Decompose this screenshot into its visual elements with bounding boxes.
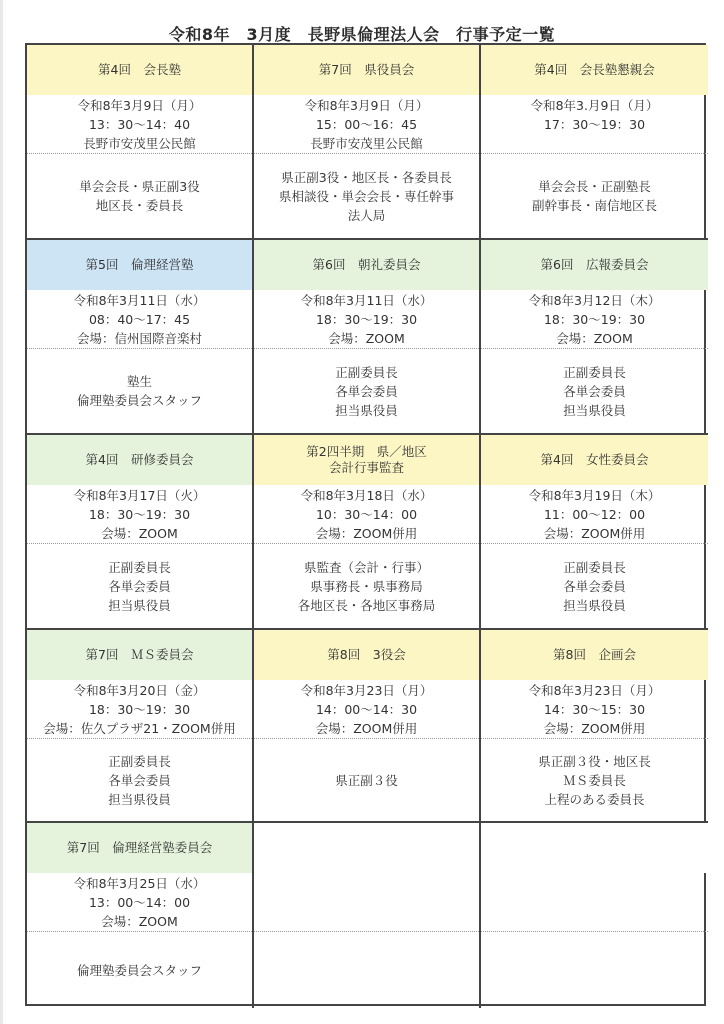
- event-cell: 第4回 女性委員会令和8年3月19日（木）11：00〜12：00会場：ZOOM併…: [481, 435, 708, 630]
- event-time: 18：30〜19：30: [89, 700, 190, 719]
- event-time: 14：00〜14：30: [316, 700, 417, 719]
- event-time: 08：40〜17：45: [89, 310, 190, 329]
- event-venue: 会場：ZOOM: [556, 329, 633, 348]
- event-title-line2: 会計行事監査: [306, 460, 426, 476]
- event-date: 令和8年3月17日（火）: [74, 486, 206, 505]
- attendee-line: 正副委員長: [335, 363, 398, 382]
- event-date: 令和8年3月23日（月）: [529, 681, 661, 700]
- event-venue: 会場：ZOOM: [101, 524, 178, 543]
- event-info: 令和8年3月20日（金）18：30〜19：30会場：佐久プラザ21・ZOOM併用: [27, 680, 252, 739]
- event-header: 第7回 ＭＳ委員会: [27, 630, 252, 680]
- event-attendees: [481, 932, 708, 1008]
- attendee-line: 単会会長・正副塾長: [538, 177, 651, 196]
- event-attendees: 塾生倫理塾委員会スタッフ: [27, 349, 252, 433]
- event-attendees: 県正副３役・地区長ＭＳ委員長上程のある委員長: [481, 739, 708, 821]
- event-title: 第4回 女性委員会: [541, 452, 649, 468]
- attendee-line: 担当県役員: [108, 790, 171, 809]
- event-title: 第5回 倫理経営塾: [86, 257, 194, 273]
- event-info: 令和8年3月19日（木）11：00〜12：00会場：ZOOM併用: [481, 485, 708, 544]
- event-header: 第4回 女性委員会: [481, 435, 708, 485]
- event-date: 令和8年3月9日（月）: [78, 96, 202, 115]
- event-cell: 第5回 倫理経営塾令和8年3月11日（水）08：40〜17：45会場：信州国際音…: [27, 240, 254, 435]
- event-info: 令和8年3月9日（月）15：00〜16：45長野市安茂里公民館: [254, 95, 479, 154]
- event-info: 令和8年3月12日（木）18：30〜19：30会場：ZOOM: [481, 290, 708, 349]
- event-time: 18：30〜19：30: [89, 505, 190, 524]
- event-attendees: 正副委員長各単会委員担当県役員: [481, 349, 708, 433]
- event-time: 15：00〜16：45: [316, 115, 417, 134]
- event-header: 第4回 研修委員会: [27, 435, 252, 485]
- attendee-line: 担当県役員: [108, 596, 171, 615]
- document-title: 令和8年 3月度 長野県倫理法人会 行事予定一覧: [0, 22, 724, 45]
- event-title: 第7回 倫理経営塾委員会: [67, 840, 212, 856]
- event-date: 令和8年3月19日（木）: [529, 486, 661, 505]
- event-info: 令和8年3月9日（月）13：30〜14：40長野市安茂里公民館: [27, 95, 252, 154]
- event-header: 第8回 3役会: [254, 630, 479, 680]
- event-header: 第7回 県役員会: [254, 45, 479, 95]
- attendee-line: 地区長・委員長: [96, 196, 184, 215]
- attendee-line: 各単会委員: [108, 577, 171, 596]
- event-title: 第7回 ＭＳ委員会: [86, 647, 194, 663]
- event-title: 第7回 県役員会: [319, 62, 414, 78]
- event-info: 令和8年3月25日（水）13：00〜14：00会場：ZOOM: [27, 873, 252, 932]
- attendee-line: 正副委員長: [563, 363, 626, 382]
- event-attendees: 単会会長・県正副3役地区長・委員長: [27, 154, 252, 238]
- event-cell: 第8回 企画会令和8年3月23日（月）14：30〜15：30会場：ZOOM併用県…: [481, 630, 708, 823]
- event-date: 令和8年3月12日（木）: [529, 291, 661, 310]
- event-attendees: 正副委員長各単会委員担当県役員: [481, 544, 708, 628]
- event-header: [481, 823, 708, 873]
- attendee-line: 正副委員長: [108, 558, 171, 577]
- event-title: 第4回 会長塾: [98, 62, 181, 78]
- event-title: 第2四半期 県／地区: [306, 444, 426, 460]
- event-title: 第8回 3役会: [327, 647, 405, 663]
- attendee-line: 倫理塾委員会スタッフ: [77, 391, 202, 410]
- event-header: 第8回 企画会: [481, 630, 708, 680]
- event-info: 令和8年3月17日（火）18：30〜19：30会場：ZOOM: [27, 485, 252, 544]
- event-attendees: 正副委員長各単会委員担当県役員: [27, 739, 252, 821]
- event-info: 令和8年3月18日（水）10：30〜14：00会場：ZOOM併用: [254, 485, 479, 544]
- attendee-line: 各地区長・各地区事務局: [298, 596, 436, 615]
- event-time: 10：30〜14：00: [316, 505, 417, 524]
- attendee-line: 県相談役・単会会長・専任幹事: [279, 187, 454, 206]
- attendee-line: 担当県役員: [563, 401, 626, 420]
- event-date: 令和8年3月20日（金）: [74, 681, 206, 700]
- event-venue: 会場：信州国際音楽村: [77, 329, 202, 348]
- page-edge: [0, 0, 3, 1024]
- attendee-line: 県監査（会計・行事）: [304, 558, 429, 577]
- event-date: 令和8年3月18日（水）: [301, 486, 433, 505]
- attendee-line: 正副委員長: [563, 558, 626, 577]
- event-title: 第6回 広報委員会: [541, 257, 649, 273]
- event-cell: 第4回 会長塾令和8年3月9日（月）13：30〜14：40長野市安茂里公民館単会…: [27, 45, 254, 240]
- attendee-line: 上程のある委員長: [544, 790, 644, 809]
- attendee-line: 県事務長・県事務局: [310, 577, 423, 596]
- event-venue: 会場：ZOOM併用: [316, 524, 418, 543]
- event-info: 令和8年3.月9日（月）17：30〜19：30: [481, 95, 708, 154]
- empty-cell: [254, 823, 481, 1008]
- event-cell: 第4回 会長塾懇親会令和8年3.月9日（月）17：30〜19：30単会会長・正副…: [481, 45, 708, 240]
- event-header: 第6回 広報委員会: [481, 240, 708, 290]
- attendee-line: 県正副３役: [335, 771, 398, 790]
- event-time: 17：30〜19：30: [544, 115, 645, 134]
- event-attendees: 正副委員長各単会委員担当県役員: [254, 349, 479, 433]
- attendee-line: 副幹事長・南信地区長: [532, 196, 657, 215]
- attendee-line: 各単会委員: [335, 382, 398, 401]
- event-attendees: 県正副3役・地区長・各委員長県相談役・単会会長・専任幹事法人局: [254, 154, 479, 238]
- event-cell: 第7回 県役員会令和8年3月9日（月）15：00〜16：45長野市安茂里公民館県…: [254, 45, 481, 240]
- event-venue: 会場：佐久プラザ21・ZOOM併用: [43, 719, 235, 738]
- attendee-line: 担当県役員: [335, 401, 398, 420]
- attendee-line: 県正副３役・地区長: [538, 752, 651, 771]
- event-time: 13：00〜14：00: [89, 893, 190, 912]
- event-header: 第7回 倫理経営塾委員会: [27, 823, 252, 873]
- event-cell: 第6回 広報委員会令和8年3月12日（木）18：30〜19：30会場：ZOOM正…: [481, 240, 708, 435]
- attendee-line: 各単会委員: [563, 382, 626, 401]
- event-header: 第2四半期 県／地区会計行事監査: [254, 435, 479, 485]
- event-date: 令和8年3月9日（月）: [305, 96, 429, 115]
- event-header: 第5回 倫理経営塾: [27, 240, 252, 290]
- event-info: 令和8年3月11日（水）18：30〜19：30会場：ZOOM: [254, 290, 479, 349]
- event-venue: 会場：ZOOM: [101, 912, 178, 931]
- attendee-line: 倫理塾委員会スタッフ: [77, 961, 202, 980]
- attendee-line: 各単会委員: [108, 771, 171, 790]
- attendee-line: 塾生: [127, 372, 152, 391]
- attendee-line: 各単会委員: [563, 577, 626, 596]
- attendee-line: ＭＳ委員長: [563, 771, 626, 790]
- event-date: 令和8年3月25日（水）: [74, 874, 206, 893]
- event-cell: 第6回 朝礼委員会令和8年3月11日（水）18：30〜19：30会場：ZOOM正…: [254, 240, 481, 435]
- event-date: 令和8年3月11日（水）: [74, 291, 206, 310]
- event-title: 第4回 会長塾懇親会: [534, 62, 654, 78]
- event-cell: 第7回 ＭＳ委員会令和8年3月20日（金）18：30〜19：30会場：佐久プラザ…: [27, 630, 254, 823]
- event-time: 11：00〜12：00: [544, 505, 645, 524]
- attendee-line: 正副委員長: [108, 752, 171, 771]
- event-date: 令和8年3月23日（月）: [301, 681, 433, 700]
- event-info: [481, 873, 708, 932]
- event-venue: 会場：ZOOM併用: [544, 524, 646, 543]
- event-date: 令和8年3月11日（水）: [301, 291, 433, 310]
- attendee-line: 単会会長・県正副3役: [79, 177, 199, 196]
- event-info: [254, 873, 479, 932]
- event-info: 令和8年3月11日（水）08：40〜17：45会場：信州国際音楽村: [27, 290, 252, 349]
- event-cell: 第2四半期 県／地区会計行事監査令和8年3月18日（水）10：30〜14：00会…: [254, 435, 481, 630]
- event-header: 第6回 朝礼委員会: [254, 240, 479, 290]
- event-attendees: 倫理塾委員会スタッフ: [27, 932, 252, 1008]
- event-time: 13：30〜14：40: [89, 115, 190, 134]
- event-venue: 長野市安茂里公民館: [310, 134, 423, 153]
- event-attendees: 県正副３役: [254, 739, 479, 821]
- event-time: 14：30〜15：30: [544, 700, 645, 719]
- event-venue: 会場：ZOOM: [328, 329, 405, 348]
- event-date: 令和8年3.月9日（月）: [531, 96, 659, 115]
- event-venue: 会場：ZOOM併用: [316, 719, 418, 738]
- event-time: 18：30〜19：30: [544, 310, 645, 329]
- empty-cell: [481, 823, 708, 1008]
- event-attendees: [254, 932, 479, 1008]
- event-header: [254, 823, 479, 873]
- event-cell: 第4回 研修委員会令和8年3月17日（火）18：30〜19：30会場：ZOOM正…: [27, 435, 254, 630]
- event-venue: 長野市安茂里公民館: [83, 134, 196, 153]
- attendee-line: 県正副3役・地区長・各委員長: [281, 168, 451, 187]
- event-header: 第4回 会長塾懇親会: [481, 45, 708, 95]
- event-time: 18：30〜19：30: [316, 310, 417, 329]
- event-info: 令和8年3月23日（月）14：00〜14：30会場：ZOOM併用: [254, 680, 479, 739]
- event-info: 令和8年3月23日（月）14：30〜15：30会場：ZOOM併用: [481, 680, 708, 739]
- event-venue: 会場：ZOOM併用: [544, 719, 646, 738]
- event-title: 第8回 企画会: [553, 647, 636, 663]
- event-cell: 第7回 倫理経営塾委員会令和8年3月25日（水）13：00〜14：00会場：ZO…: [27, 823, 254, 1008]
- event-title: 第6回 朝礼委員会: [313, 257, 421, 273]
- event-title: 第4回 研修委員会: [86, 452, 194, 468]
- event-header: 第4回 会長塾: [27, 45, 252, 95]
- attendee-line: 担当県役員: [563, 596, 626, 615]
- event-cell: 第8回 3役会令和8年3月23日（月）14：00〜14：30会場：ZOOM併用県…: [254, 630, 481, 823]
- attendee-line: 法人局: [348, 206, 386, 225]
- event-attendees: 県監査（会計・行事）県事務長・県事務局各地区長・各地区事務局: [254, 544, 479, 628]
- event-attendees: 単会会長・正副塾長副幹事長・南信地区長: [481, 154, 708, 238]
- schedule-grid: 第4回 会長塾令和8年3月9日（月）13：30〜14：40長野市安茂里公民館単会…: [25, 43, 706, 1006]
- event-attendees: 正副委員長各単会委員担当県役員: [27, 544, 252, 628]
